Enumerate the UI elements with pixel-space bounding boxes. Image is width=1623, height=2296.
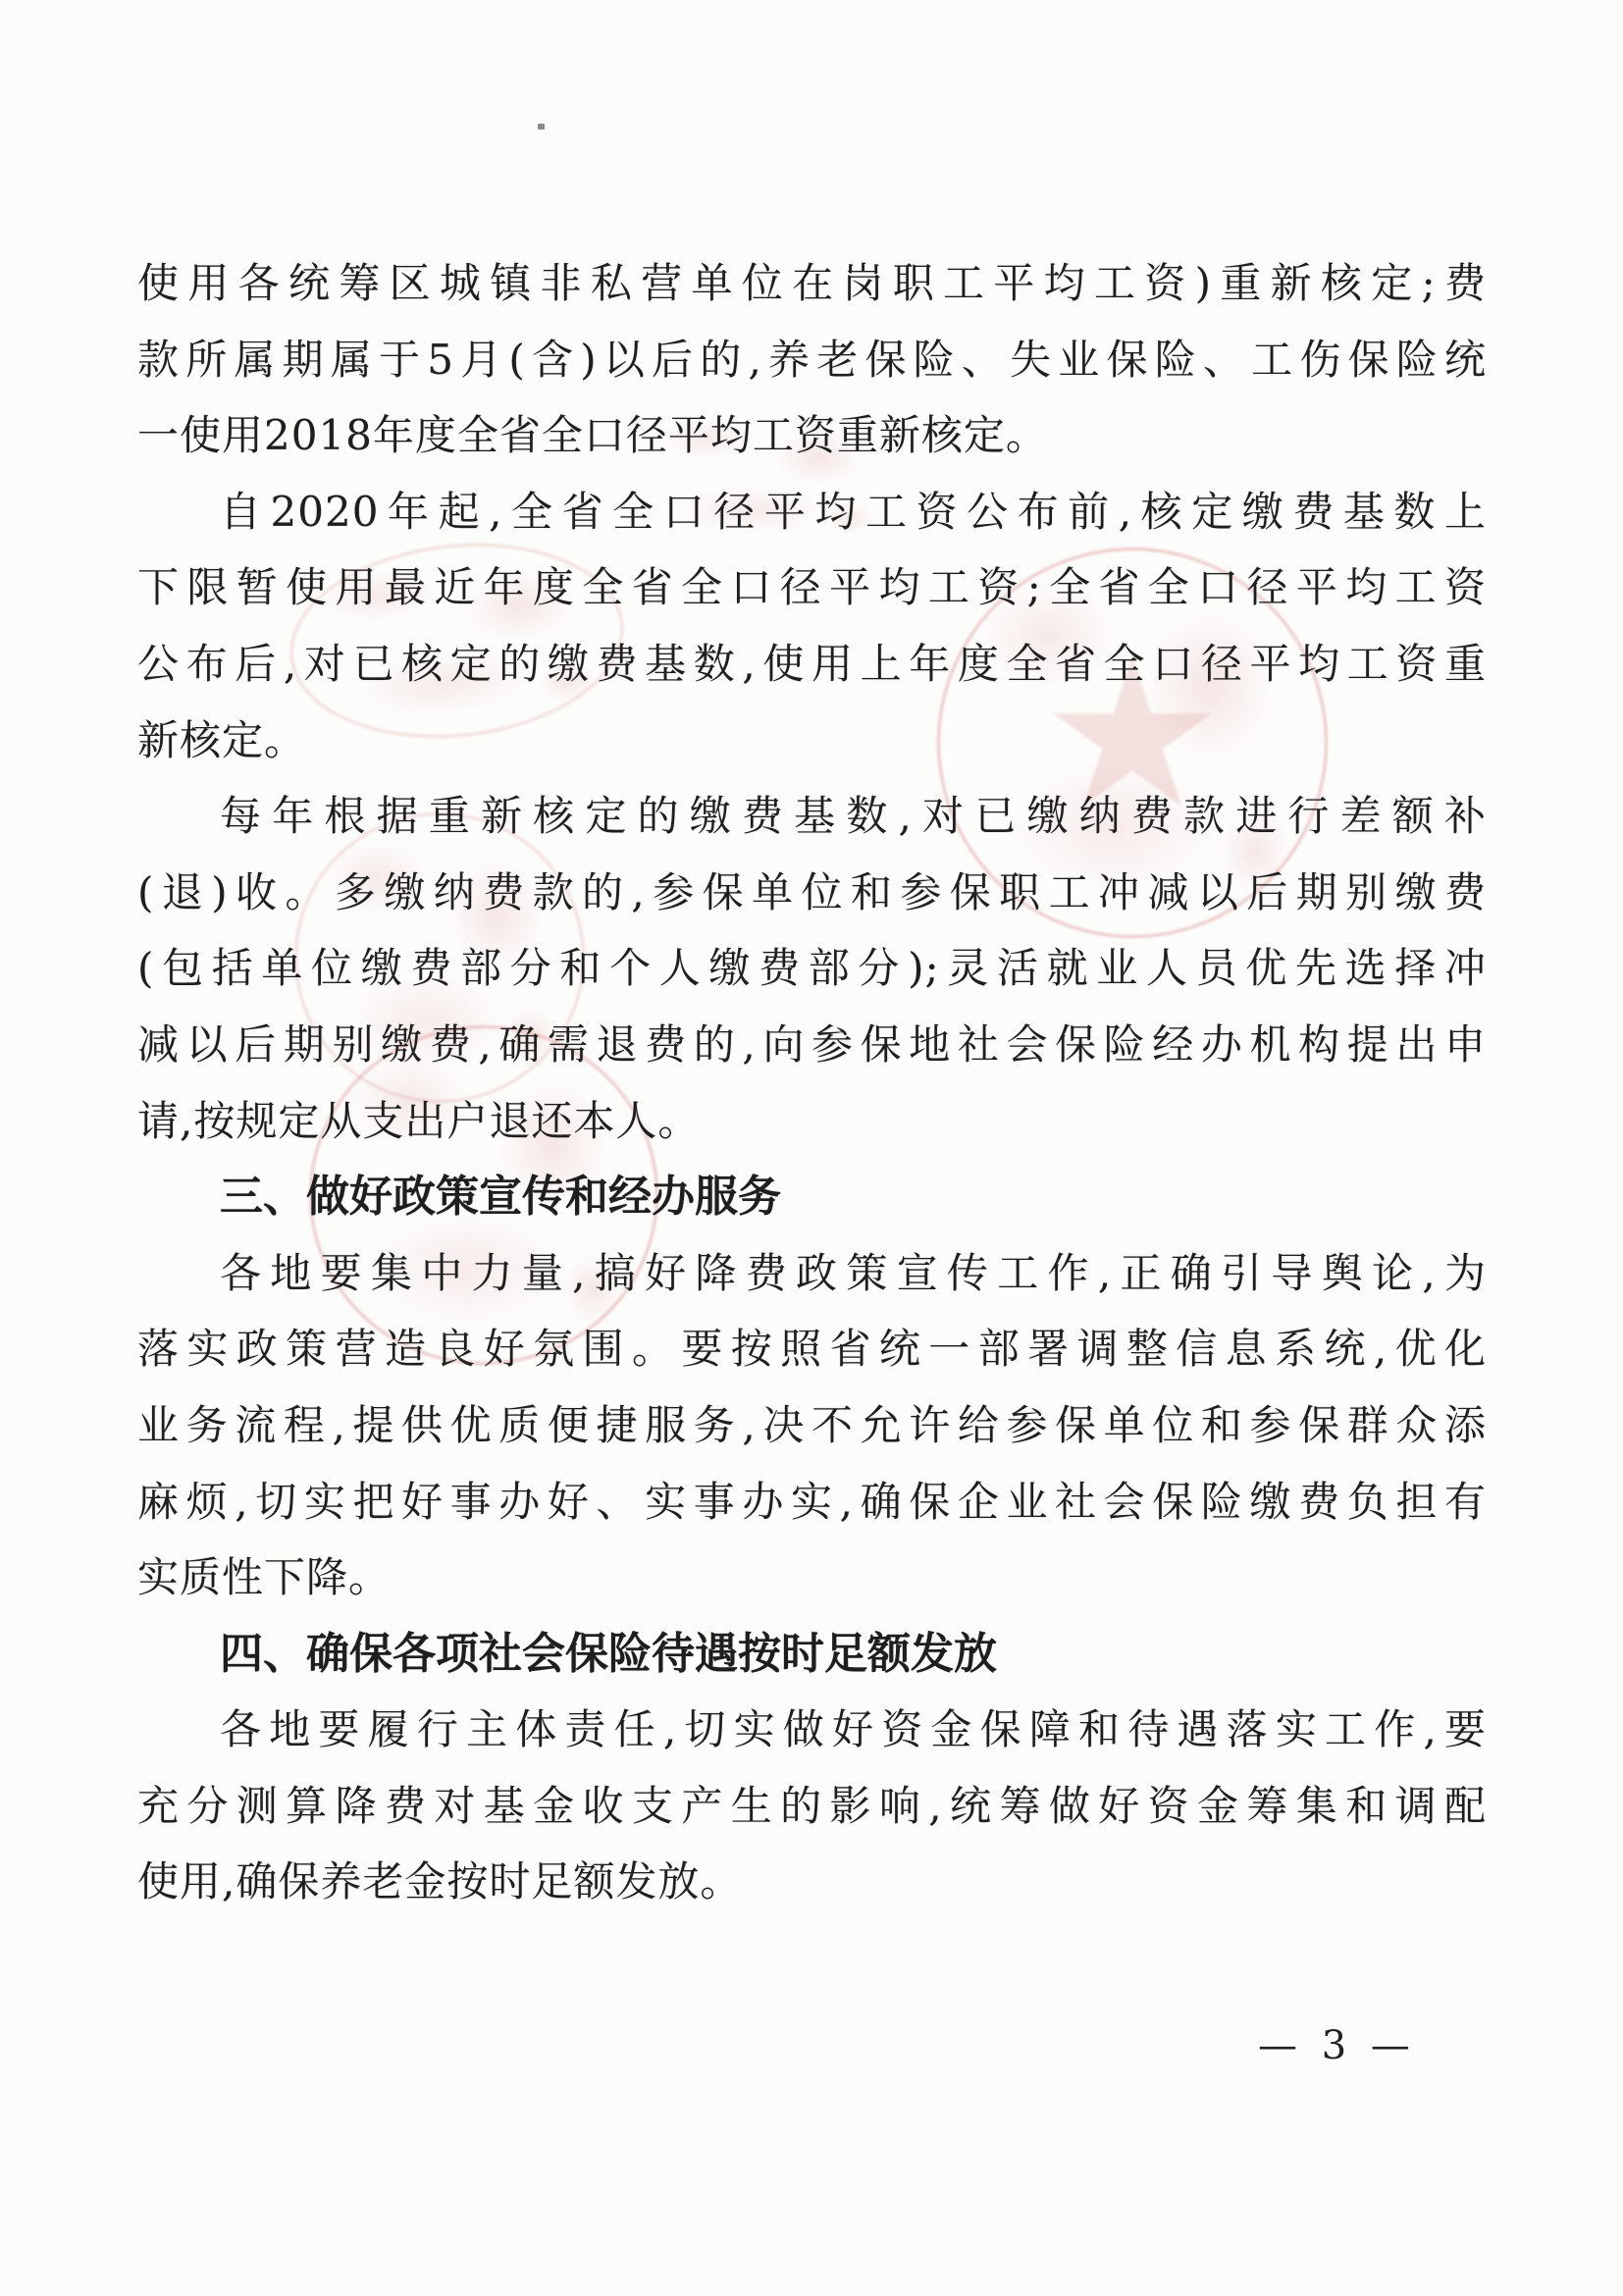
text-line: 请,按规定从支出户退还本人。 bbox=[137, 1083, 1487, 1160]
text-line: (包括单位缴费部分和个人缴费部分);灵活就业人员优先选择冲 bbox=[137, 930, 1487, 1007]
text-line: 各地要履行主体责任,切实做好资金保障和待遇落实工作,要 bbox=[137, 1692, 1487, 1768]
document-body: 使用各统筹区城镇非私营单位在岗职工平均工资)重新核定;费款所属期属于5月(含)以… bbox=[137, 245, 1487, 1920]
text-line: 各地要集中力量,搞好降费政策宣传工作,正确引导舆论,为 bbox=[137, 1235, 1487, 1312]
text-line: 每年根据重新核定的缴费基数,对已缴纳费款进行差额补 bbox=[137, 778, 1487, 855]
scanned-document-page: ★ 使用各统筹区城镇非私营单位在岗职工平均工资)重新核定;费款所属期属于5月(含… bbox=[0, 0, 1623, 2296]
text-line: 新核定。 bbox=[137, 703, 1487, 779]
section-heading: 四、确保各项社会保险待遇按时足额发放 bbox=[137, 1616, 1487, 1693]
text-line: 业务流程,提供优质便捷服务,决不允许给参保单位和参保群众添 bbox=[137, 1387, 1487, 1464]
text-line: 使用,确保养老金按时足额发放。 bbox=[137, 1844, 1487, 1920]
text-line: (退)收。多缴纳费款的,参保单位和参保职工冲减以后期别缴费 bbox=[137, 855, 1487, 931]
text-line: 公布后,对已核定的缴费基数,使用上年度全省全口径平均工资重 bbox=[137, 626, 1487, 703]
text-line: 实质性下降。 bbox=[137, 1539, 1487, 1616]
text-line: 麻烦,切实把好事办好、实事办实,确保企业社会保险缴费负担有 bbox=[137, 1464, 1487, 1540]
text-line: 一使用2018年度全省全口径平均工资重新核定。 bbox=[137, 397, 1487, 474]
text-line: 款所属期属于5月(含)以后的,养老保险、失业保险、工伤保险统 bbox=[137, 322, 1487, 398]
scan-speck bbox=[538, 124, 545, 130]
text-line: 自2020年起,全省全口径平均工资公布前,核定缴费基数上 bbox=[137, 474, 1487, 550]
page-number: — 3 — bbox=[1258, 2023, 1416, 2068]
text-line: 下限暂使用最近年度全省全口径平均工资;全省全口径平均工资 bbox=[137, 549, 1487, 626]
text-line: 落实政策营造良好氛围。要按照省统一部署调整信息系统,优化 bbox=[137, 1311, 1487, 1387]
text-line: 减以后期别缴费,确需退费的,向参保地社会保险经办机构提出申 bbox=[137, 1007, 1487, 1083]
text-line: 使用各统筹区城镇非私营单位在岗职工平均工资)重新核定;费 bbox=[137, 245, 1487, 322]
text-line: 充分测算降费对基金收支产生的影响,统筹做好资金筹集和调配 bbox=[137, 1768, 1487, 1845]
section-heading: 三、做好政策宣传和经办服务 bbox=[137, 1159, 1487, 1235]
